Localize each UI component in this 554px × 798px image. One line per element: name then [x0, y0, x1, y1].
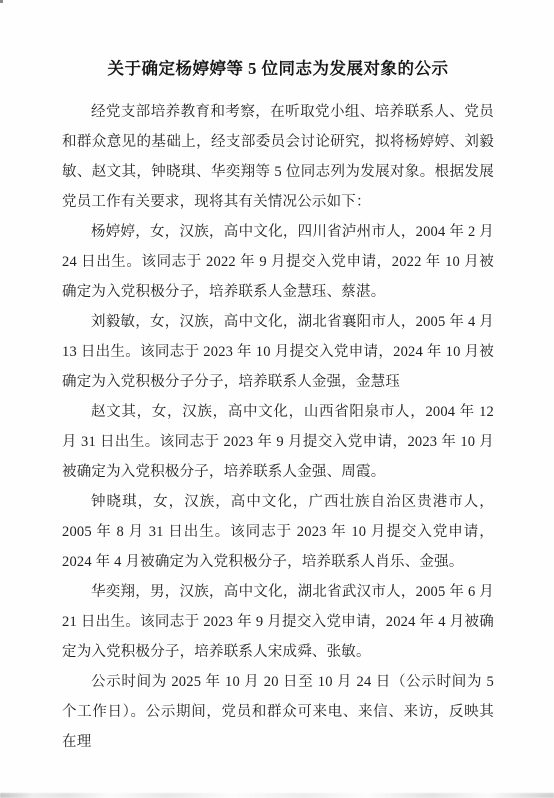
intro-paragraph: 经党支部培养教育和考察，在听取党小组、培养联系人、党员和群众意见的基础上，经支部…	[62, 97, 494, 217]
document-page: 关于确定杨婷婷等 5 位同志为发展对象的公示 经党支部培养教育和考察，在听取党小…	[0, 0, 554, 798]
scan-artifact-bottom-edge	[0, 793, 554, 798]
candidate-paragraph-yang-tingting: 杨婷婷，女，汉族，高中文化，四川省泸州市人，2004 年 2 月 24 日出生。…	[62, 217, 494, 307]
candidate-paragraph-liu-yimin: 刘毅敏，女，汉族，高中文化，湖北省襄阳市人，2005 年 4 月 13 日出生。…	[62, 307, 494, 397]
scan-artifact-corner	[0, 0, 3, 3]
candidate-paragraph-zhong-xiaoqi: 钟晓琪，女，汉族，高中文化，广西壮族自治区贵港市人，2005 年 8 月 31 …	[62, 487, 494, 577]
document-title: 关于确定杨婷婷等 5 位同志为发展对象的公示	[62, 57, 494, 81]
candidate-paragraph-zhao-wenqi: 赵文其，女，汉族，高中文化，山西省阳泉市人，2004 年 12 月 31 日出生…	[62, 397, 494, 487]
candidate-paragraph-hua-yixiang: 华奕翔，男，汉族，高中文化，湖北省武汉市人，2005 年 6 月 21 日出生。…	[62, 577, 494, 667]
publicity-period-paragraph: 公示时间为 2025 年 10 月 20 日至 10 月 24 日（公示时间为 …	[62, 667, 494, 757]
document-body: 经党支部培养教育和考察，在听取党小组、培养联系人、党员和群众意见的基础上，经支部…	[62, 97, 494, 757]
